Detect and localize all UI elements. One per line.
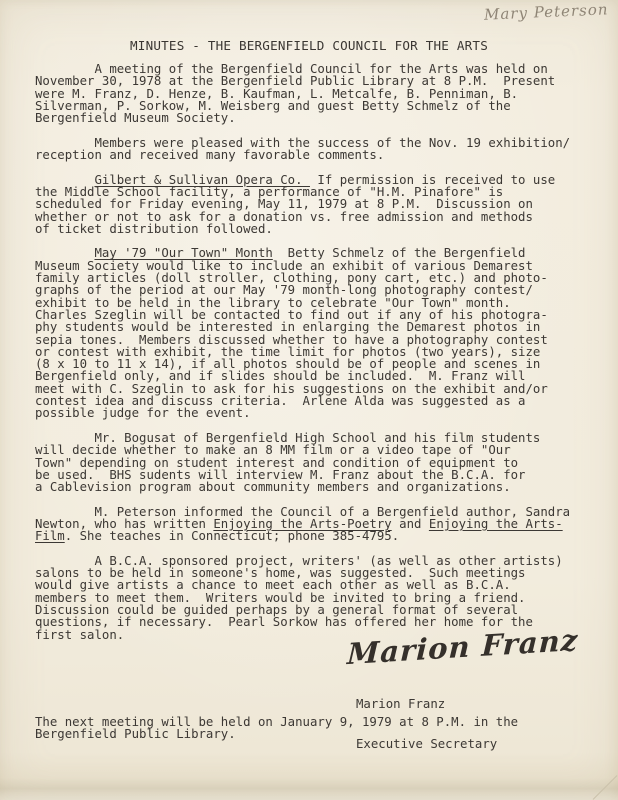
underlined-text: Film <box>35 529 65 543</box>
text-line: reception and received many favorable co… <box>35 149 570 161</box>
text-line: a Cablevision program about community me… <box>35 481 570 493</box>
paragraph: Members were pleased with the success of… <box>35 137 570 162</box>
text-line: Bergenfield Public Library. <box>35 728 518 740</box>
signature-typed-name: Marion Franz <box>356 698 497 710</box>
text-segment: a Cablevision program about community me… <box>35 480 511 494</box>
text-segment: Bergenfield Public Library. <box>35 727 236 741</box>
text-segment: Bergenfield Museum Society. <box>35 111 236 125</box>
text-line: of ticket distribution followed. <box>35 223 570 235</box>
paragraph: Mr. Bogusat of Bergenfield High School a… <box>35 432 570 493</box>
text-line: possible judge for the event. <box>35 407 570 419</box>
text-line: Film. She teaches in Connecticut; phone … <box>35 530 570 542</box>
text-segment: of ticket distribution followed. <box>35 222 273 236</box>
document-body: A meeting of the Bergenfield Council for… <box>35 63 570 653</box>
underlined-text: Enjoying the Arts- <box>429 517 563 531</box>
text-line: Bergenfield Museum Society. <box>35 112 570 124</box>
closing-paragraph: The next meeting will be held on January… <box>35 716 518 741</box>
text-segment: first salon. <box>35 628 124 642</box>
paragraph: A meeting of the Bergenfield Council for… <box>35 63 570 124</box>
document-title: MINUTES - THE BERGENFIELD COUNCIL FOR TH… <box>0 38 618 53</box>
text-segment: . She teaches in Connecticut; phone 385-… <box>65 529 399 543</box>
paragraph: M. Peterson informed the Council of a Be… <box>35 506 570 543</box>
text-segment: reception and received many favorable co… <box>35 148 384 162</box>
paper-corner-crease <box>593 775 618 800</box>
text-segment: possible judge for the event. <box>35 406 251 420</box>
document-page: Mary Peterson MINUTES - THE BERGENFIELD … <box>0 0 618 800</box>
paragraph: May '79 "Our Town" Month Betty Schmelz o… <box>35 247 570 419</box>
paragraph: Gilbert & Sullivan Opera Co. If permissi… <box>35 174 570 235</box>
handwritten-owner-name: Mary Peterson <box>483 0 608 23</box>
